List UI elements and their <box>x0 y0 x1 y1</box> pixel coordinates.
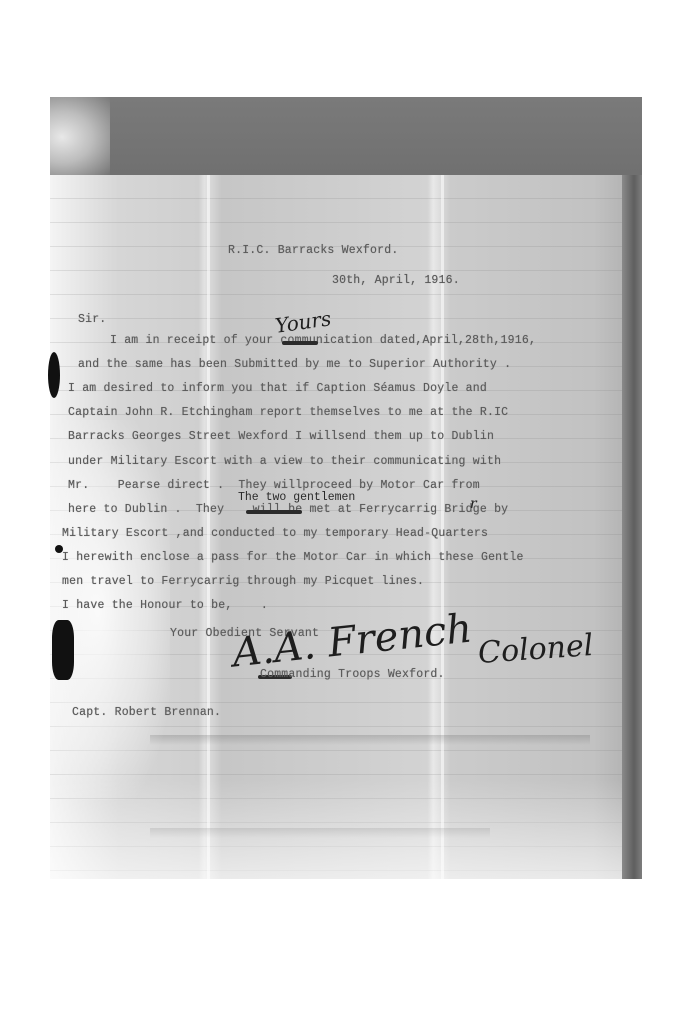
body-line: I am desired to inform you that if Capti… <box>68 382 487 395</box>
body-line: I am in receipt of your communication da… <box>110 334 536 347</box>
header-date: 30th, April, 1916. <box>332 274 460 287</box>
fold-crease <box>150 735 590 745</box>
body-line: Military Escort ,and conducted to my tem… <box>62 527 488 540</box>
ink-blot <box>48 352 60 398</box>
body-line: Barracks Georges Street Wexford I willse… <box>68 430 494 443</box>
body-line: Captain John R. Etchingham report themse… <box>68 406 508 419</box>
ink-blot <box>52 620 74 680</box>
backing-right-edge <box>622 175 642 879</box>
body-line: men travel to Ferrycarrig through my Pic… <box>62 575 424 588</box>
handwritten-correction: r <box>470 496 477 512</box>
body-line: I have the Honour to be, . <box>62 599 268 612</box>
backing-wear <box>50 97 110 177</box>
body-line: and the same has been Submitted by me to… <box>78 358 511 371</box>
header-address: R.I.C. Barracks Wexford. <box>228 244 398 257</box>
salutation: Sir. <box>78 313 106 326</box>
signature-title: Commanding Troops Wexford. <box>260 668 445 681</box>
body-line: I herewith enclose a pass for the Motor … <box>62 551 524 564</box>
inserted-correction: The two gentlemen <box>238 491 355 504</box>
strikethrough-mark <box>282 341 318 345</box>
paper-fade <box>50 780 622 880</box>
addressee: Capt. Robert Brennan. <box>72 706 221 719</box>
strikethrough-mark <box>246 510 302 514</box>
body-line: under Military Escort with a view to the… <box>68 455 501 468</box>
